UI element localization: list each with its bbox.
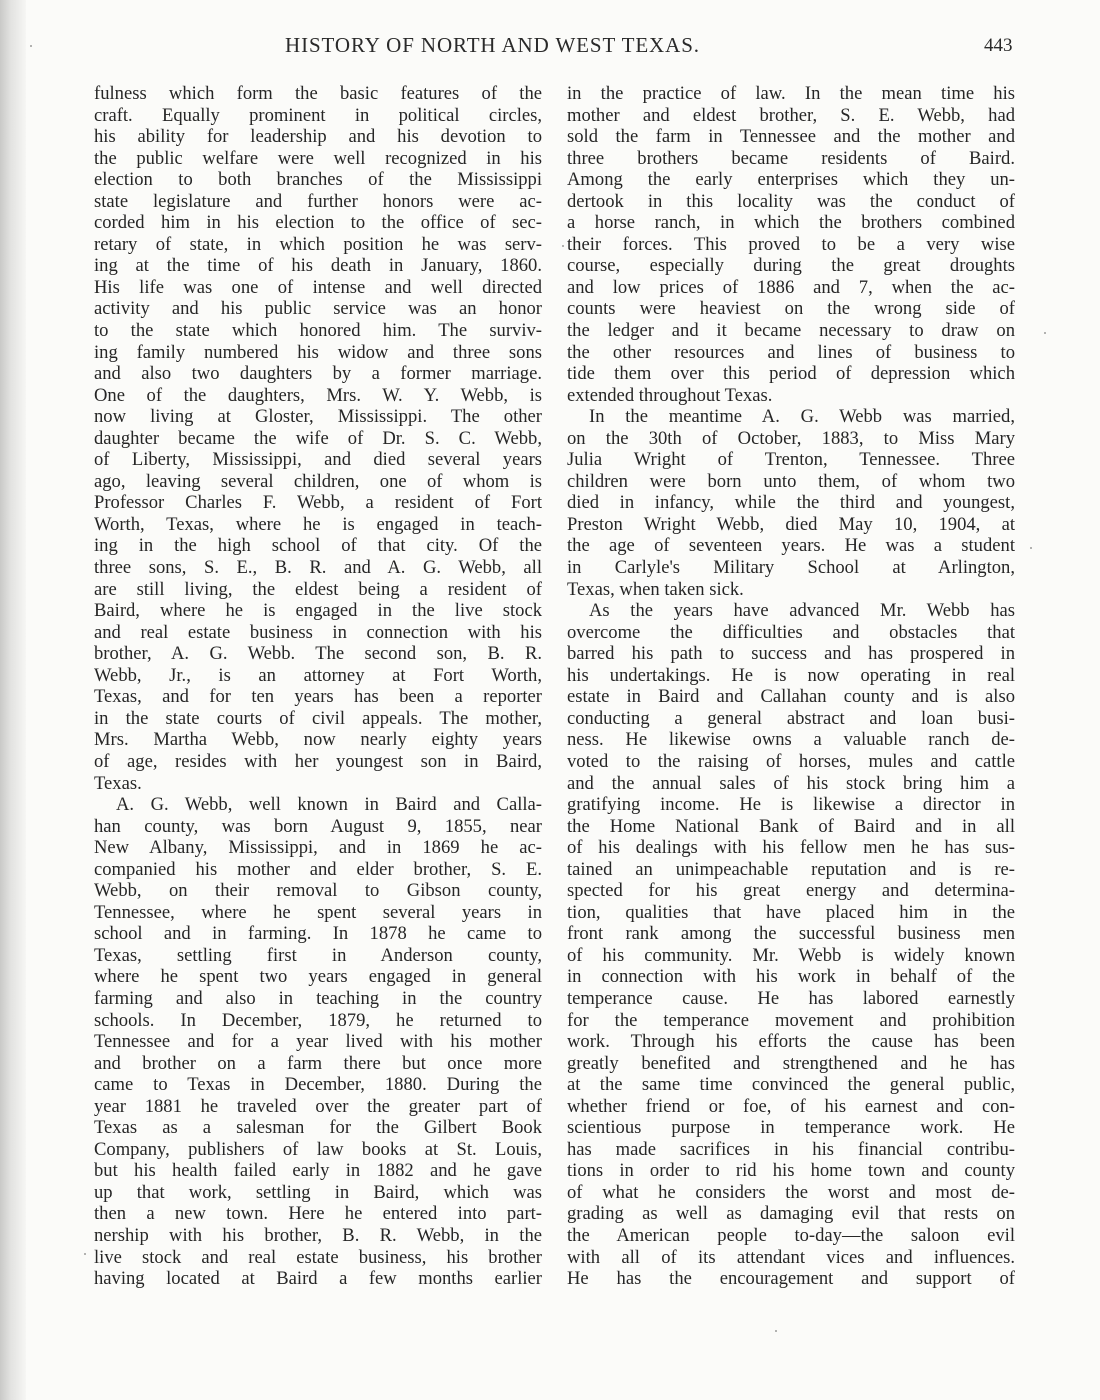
text-line: ing at the time of his death in January,…	[94, 255, 542, 277]
text-line: having located at Baird a few months ear…	[94, 1268, 542, 1290]
text-line: ing in the high school of that city. Of …	[94, 535, 542, 557]
text-line: Mrs. Martha Webb, now nearly eighty year…	[94, 729, 542, 751]
text-line: ago, leaving several children, one of wh…	[94, 471, 542, 493]
text-line: New Albany, Mississippi, and in 1869 he …	[94, 837, 542, 859]
text-line: of Liberty, Mississippi, and died severa…	[94, 449, 542, 471]
text-line: and low prices of 1886 and 7, when the a…	[567, 277, 1015, 299]
text-line: temperance cause. He has labored earnest…	[567, 988, 1015, 1010]
text-line: state legislature and further honors wer…	[94, 191, 542, 213]
text-line: where he spent two years engaged in gene…	[94, 966, 542, 988]
text-line: activity and his public service was an h…	[94, 298, 542, 320]
text-line: of what he considers the worst and most …	[567, 1182, 1015, 1204]
text-line: the ledger and it became necessary to dr…	[567, 320, 1015, 342]
text-line: Professor Charles F. Webb, a resident of…	[94, 492, 542, 514]
text-line: dertook in this locality was the conduct…	[567, 191, 1015, 213]
text-line: mother and eldest brother, S. E. Webb, h…	[567, 105, 1015, 127]
text-line: school and in farming. In 1878 he came t…	[94, 923, 542, 945]
text-line: han county, was born August 9, 1855, nea…	[94, 816, 542, 838]
text-line: their forces. This proved to be a very w…	[567, 234, 1015, 256]
text-line: of age, resides with her youngest son in…	[94, 751, 542, 773]
text-line: barred his path to success and has prosp…	[567, 643, 1015, 665]
text-line: Webb, Jr., is an attorney at Fort Worth,	[94, 665, 542, 687]
text-line: extended throughout Texas.	[567, 385, 1015, 407]
text-line: Among the early enterprises which they u…	[567, 169, 1015, 191]
text-line: farming and also in teaching in the coun…	[94, 988, 542, 1010]
text-line: the American people to-day—the saloon ev…	[567, 1225, 1015, 1247]
text-line: daughter became the wife of Dr. S. C. We…	[94, 428, 542, 450]
running-title: HISTORY OF NORTH AND WEST TEXAS.	[285, 33, 700, 58]
text-line: the public welfare were well recognized …	[94, 148, 542, 170]
text-line: in connection with his work in behalf of…	[567, 966, 1015, 988]
page-number: 443	[984, 35, 1013, 57]
text-line: estate in Baird and Callahan county and …	[567, 686, 1015, 708]
right-column: in the practice of law. In the mean time…	[567, 83, 1015, 1290]
text-line: Texas, when taken sick.	[567, 579, 1015, 601]
text-line: for the temperance movement and prohibit…	[567, 1010, 1015, 1032]
scan-speck	[562, 245, 564, 247]
text-line: three brothers became residents of Baird…	[567, 148, 1015, 170]
scan-speck	[84, 1253, 86, 1255]
text-line: gratifying income. He is likewise a dire…	[567, 794, 1015, 816]
text-line: and real estate business in connection w…	[94, 622, 542, 644]
text-line: children were born unto them, of whom tw…	[567, 471, 1015, 493]
text-line: spected for his great energy and determi…	[567, 880, 1015, 902]
text-line: the age of seventeen years. He was a stu…	[567, 535, 1015, 557]
text-line: of his community. Mr. Webb is widely kno…	[567, 945, 1015, 967]
text-line: year 1881 he traveled over the greater p…	[94, 1096, 542, 1118]
text-line: nership with his brother, B. R. Webb, in…	[94, 1225, 542, 1247]
text-line: whether friend or foe, of his earnest an…	[567, 1096, 1015, 1118]
scan-speck	[1030, 547, 1032, 549]
text-line: front rank among the successful business…	[567, 923, 1015, 945]
text-line: of his dealings with his fellow men he h…	[567, 837, 1015, 859]
text-line: and also two daughters by a former marri…	[94, 363, 542, 385]
text-line: As the years have advanced Mr. Webb has	[567, 600, 1015, 622]
text-line: work. Through his efforts the cause has …	[567, 1031, 1015, 1053]
text-line: Worth, Texas, where he is engaged in tea…	[94, 514, 542, 536]
text-line: craft. Equally prominent in political ci…	[94, 105, 542, 127]
text-line: overcome the difficulties and obstacles …	[567, 622, 1015, 644]
text-line: tion, qualities that have placed him in …	[567, 902, 1015, 924]
text-line: brother, A. G. Webb. The second son, B. …	[94, 643, 542, 665]
text-line: the other resources and lines of busines…	[567, 342, 1015, 364]
text-line: sold the farm in Tennessee and the mothe…	[567, 126, 1015, 148]
text-line: now living at Gloster, Mississippi. The …	[94, 406, 542, 428]
text-line: in the practice of law. In the mean time…	[567, 83, 1015, 105]
left-column: fulness which form the basic features of…	[94, 83, 542, 1290]
text-line: fulness which form the basic features of…	[94, 83, 542, 105]
text-line: the Home National Bank of Baird and in a…	[567, 816, 1015, 838]
text-line: greatly benefited and strengthened and h…	[567, 1053, 1015, 1075]
text-line: A. G. Webb, well known in Baird and Call…	[94, 794, 542, 816]
text-line: Tennessee, where he spent several years …	[94, 902, 542, 924]
scan-speck	[30, 45, 32, 47]
text-line: Webb, on their removal to Gibson county,	[94, 880, 542, 902]
text-line: his ability for leadership and his devot…	[94, 126, 542, 148]
text-line: at the same time convinced the general p…	[567, 1074, 1015, 1096]
text-line: Tennessee and for a year lived with his …	[94, 1031, 542, 1053]
text-line: three sons, S. E., B. R. and A. G. Webb,…	[94, 557, 542, 579]
text-line: has made sacrifices in his financial con…	[567, 1139, 1015, 1161]
text-line: One of the daughters, Mrs. W. Y. Webb, i…	[94, 385, 542, 407]
text-line: voted to the raising of horses, mules an…	[567, 751, 1015, 773]
text-line: counts were heaviest on the wrong side o…	[567, 298, 1015, 320]
text-line: companied his mother and elder brother, …	[94, 859, 542, 881]
text-line: schools. In December, 1879, he returned …	[94, 1010, 542, 1032]
text-line: scientious purpose in temperance work. H…	[567, 1117, 1015, 1139]
text-line: his undertakings. He is now operating in…	[567, 665, 1015, 687]
text-line: corded him in his election to the office…	[94, 212, 542, 234]
text-line: Company, publishers of law books at St. …	[94, 1139, 542, 1161]
text-line: tide them over this period of depression…	[567, 363, 1015, 385]
text-line: Preston Wright Webb, died May 10, 1904, …	[567, 514, 1015, 536]
text-line: He has the encouragement and support of	[567, 1268, 1015, 1290]
text-line: but his health failed early in 1882 and …	[94, 1160, 542, 1182]
text-line: ing family numbered his widow and three …	[94, 342, 542, 364]
text-line: then a new town. Here he entered into pa…	[94, 1203, 542, 1225]
text-line: in the state courts of civil appeals. Th…	[94, 708, 542, 730]
text-line: up that work, settling in Baird, which w…	[94, 1182, 542, 1204]
text-line: conducting a general abstract and loan b…	[567, 708, 1015, 730]
scan-speck	[775, 1330, 777, 1332]
text-line: on the 30th of October, 1883, to Miss Ma…	[567, 428, 1015, 450]
text-line: Baird, where he is engaged in the live s…	[94, 600, 542, 622]
text-line: Texas, settling first in Anderson county…	[94, 945, 542, 967]
text-line: In the meantime A. G. Webb was married,	[567, 406, 1015, 428]
text-line: Texas as a salesman for the Gilbert Book	[94, 1117, 542, 1139]
text-line: ness. He likewise owns a valuable ranch …	[567, 729, 1015, 751]
text-line: in Carlyle's Military School at Arlingto…	[567, 557, 1015, 579]
text-line: are still living, the eldest being a res…	[94, 579, 542, 601]
text-line: Julia Wright of Trenton, Tennessee. Thre…	[567, 449, 1015, 471]
text-line: retary of state, in which position he wa…	[94, 234, 542, 256]
text-line: course, especially during the great drou…	[567, 255, 1015, 277]
scan-speck	[1044, 332, 1046, 334]
text-line: a horse ranch, in which the brothers com…	[567, 212, 1015, 234]
text-line: grading as well as damaging evil that re…	[567, 1203, 1015, 1225]
text-line: election to both branches of the Mississ…	[94, 169, 542, 191]
text-line: Texas.	[94, 773, 542, 795]
text-line: and the annual sales of his stock bring …	[567, 773, 1015, 795]
page-binding-shadow	[0, 0, 26, 1400]
text-line: died in infancy, while the third and you…	[567, 492, 1015, 514]
text-line: with all of its attendant vices and infl…	[567, 1247, 1015, 1269]
text-line: His life was one of intense and well dir…	[94, 277, 542, 299]
text-line: tions in order to rid his home town and …	[567, 1160, 1015, 1182]
text-line: live stock and real estate business, his…	[94, 1247, 542, 1269]
text-line: to the state which honored him. The surv…	[94, 320, 542, 342]
text-line: tained an unimpeachable reputation and i…	[567, 859, 1015, 881]
running-head: HISTORY OF NORTH AND WEST TEXAS. 443	[0, 33, 1100, 63]
text-line: came to Texas in December, 1880. During …	[94, 1074, 542, 1096]
text-line: and brother on a farm there but once mor…	[94, 1053, 542, 1075]
text-line: Texas, and for ten years has been a repo…	[94, 686, 542, 708]
